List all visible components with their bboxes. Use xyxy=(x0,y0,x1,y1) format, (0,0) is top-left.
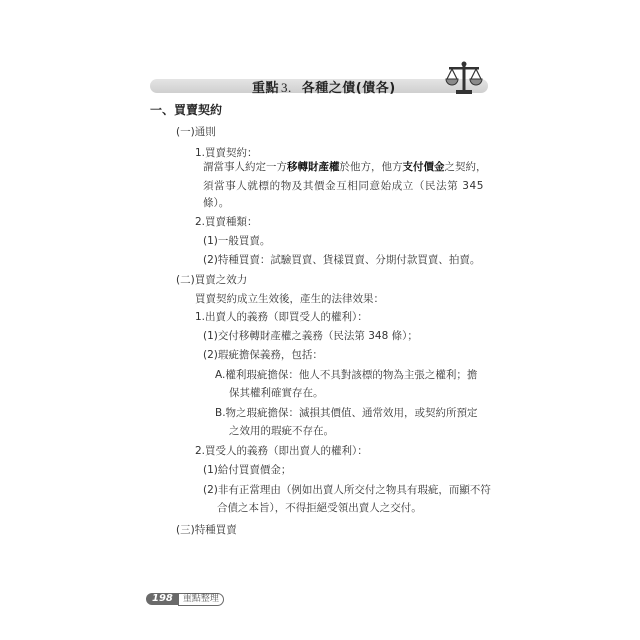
balance-scale-icon xyxy=(444,60,484,96)
text: 謂當事人約定一方 xyxy=(203,161,287,173)
page-footer: 198 重點整理 xyxy=(146,592,224,606)
text: 於他方，他方 xyxy=(340,161,403,173)
warranty-b-line-2: 之效用的瑕疵不存在。 xyxy=(229,424,334,438)
bold-term-property-transfer: 移轉財產權 xyxy=(287,161,340,173)
page-number: 198 xyxy=(146,593,179,605)
item-sale-contract: 1.買賣契約： xyxy=(195,146,258,160)
sale-type-special: (2)特種買賣：試驗買賣、貨樣買賣、分期付款買賣、拍賣。 xyxy=(203,253,480,267)
item-sale-types: 2.買賣種類： xyxy=(195,215,258,229)
warranty-a-line-2: 保其權利確實存在。 xyxy=(229,386,324,400)
definition-line-1: 謂當事人約定一方移轉財產權於他方，他方支付價金之契約， xyxy=(203,160,487,174)
document-page: 重點3.各種之債(債各) 一、買賣契約 (一)通則 1.買賣契約： 謂當事人約定… xyxy=(0,0,640,640)
subsection-effects: (二)買賣之效力 xyxy=(176,273,247,287)
effects-intro: 買賣契約成立生效後，產生的法律效果： xyxy=(195,292,384,306)
heading-title: 各種之債(債各) xyxy=(302,81,396,96)
chapter-heading: 重點3.各種之債(債各) xyxy=(252,77,396,96)
definition-line-2: 須當事人就標的物及其價金互相同意始成立（民法第 345 xyxy=(203,179,484,193)
subsection-general: (一)通則 xyxy=(176,125,216,139)
buyer-obligation-1: (1)給付買賣價金； xyxy=(203,463,291,477)
heading-number: 3. xyxy=(281,80,292,95)
bold-term-pay-price: 支付價金 xyxy=(403,161,445,173)
section-title: 一、買賣契約 xyxy=(150,103,222,117)
buyer-obligations: 2.買受人的義務（即出賣人的權利）： xyxy=(195,444,368,458)
buyer-obligation-2-line-1: (2)非有正當理由（例如出賣人所交付之物具有瑕疵，而顯不符 xyxy=(203,483,491,497)
definition-line-3: 條）。 xyxy=(203,196,229,210)
warranty-b-line-1: B.物之瑕疵擔保：滅損其價值、通常效用，或契約所預定 xyxy=(215,406,478,420)
heading-label: 重點 xyxy=(252,81,279,96)
seller-obligation-1: (1)交付移轉財產權之義務（民法第 348 條）； xyxy=(203,329,418,343)
sale-type-general: (1)一般買賣。 xyxy=(203,234,270,248)
text: 之契約， xyxy=(445,161,487,173)
seller-obligations: 1.出賣人的義務（即買受人的權利）： xyxy=(195,310,368,324)
subsection-special-sales: (三)特種買賣 xyxy=(176,523,237,537)
warranty-a-line-1: A.權利瑕疵擔保：他人不具對該標的物為主張之權利；擔 xyxy=(215,368,477,382)
footer-label: 重點整理 xyxy=(178,593,224,606)
buyer-obligation-2-line-2: 合債之本旨），不得拒絕受領出賣人之交付。 xyxy=(217,501,422,515)
seller-obligation-2: (2)瑕疵擔保義務，包括： xyxy=(203,348,323,362)
